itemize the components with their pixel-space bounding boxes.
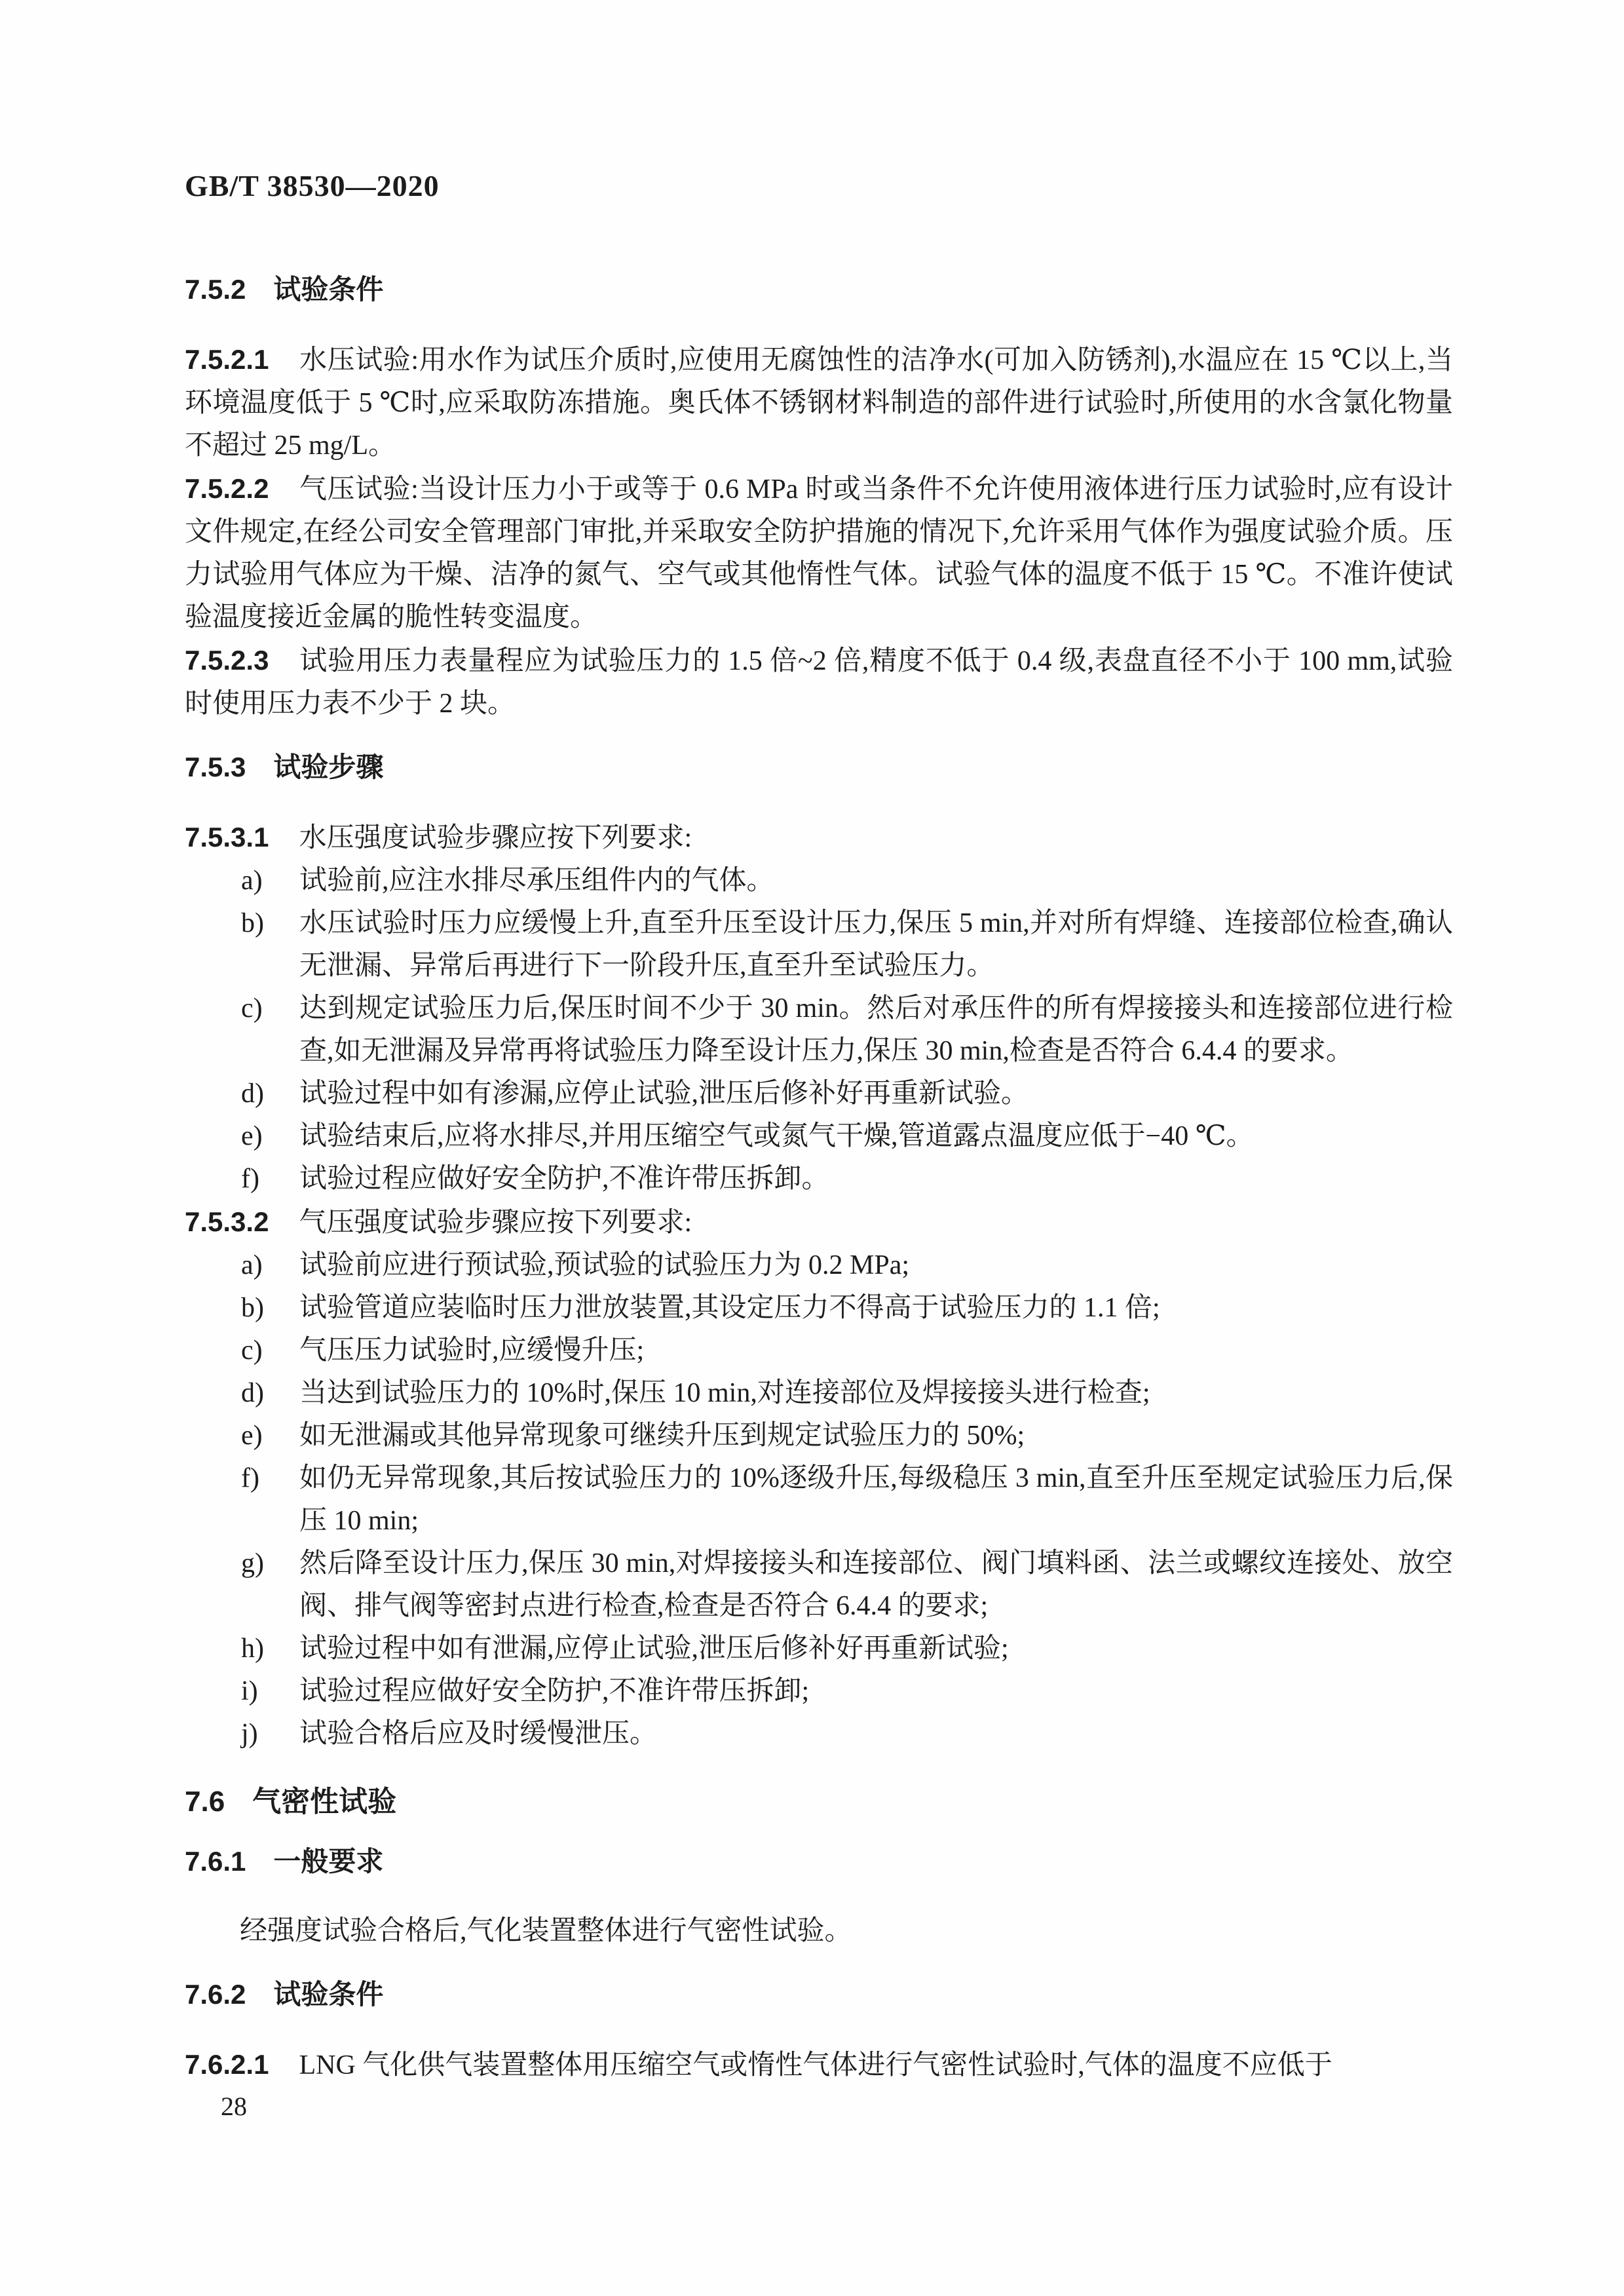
clause-text: 水压试验:用水作为试压介质时,应使用无腐蚀性的洁净水(可加入防锈剂),水温应在 … xyxy=(185,345,1453,461)
paragraph-7-6-1-body: 经强度试验合格后,气化装置整体进行气密性试验。 xyxy=(185,1910,1453,1953)
clause-number: 7.6.2.1 xyxy=(185,2049,269,2080)
list-item-text: 试验管道应装临时压力泄放装置,其设定压力不得高于试验压力的 1.1 倍; xyxy=(299,1287,1453,1330)
standard-number-header: GB/T 38530—2020 xyxy=(185,169,1453,203)
section-title: 一般要求 xyxy=(273,1846,383,1877)
list-item-text: 试验结束后,应将水排尽,并用压缩空气或氮气干燥,管道露点温度应低于−40 ℃。 xyxy=(299,1115,1453,1158)
list-item-marker: h) xyxy=(241,1628,299,1670)
paragraph-7-6-2-1: 7.6.2.1LNG 气化供气装置整体用压缩空气或惰性气体进行气密性试验时,气体… xyxy=(185,2043,1453,2087)
section-number: 7.5.3 xyxy=(185,750,246,784)
paragraph-7-5-2-2: 7.5.2.2气压试验:当设计压力小于或等于 0.6 MPa 时或当条件不允许使… xyxy=(185,467,1453,639)
list-item: b) 试验管道应装临时压力泄放装置,其设定压力不得高于试验压力的 1.1 倍; xyxy=(185,1287,1453,1330)
page-content: GB/T 38530—2020 7.5.2试验条件 7.5.2.1水压试验:用水… xyxy=(185,169,1453,2087)
list-item-text: 然后降至设计压力,保压 30 min,对焊接接头和连接部位、阀门填料函、法兰或螺… xyxy=(299,1542,1453,1628)
clause-number: 7.5.2.3 xyxy=(185,645,269,676)
section-title: 试验步骤 xyxy=(273,752,383,782)
list-item-text: 试验前应进行预试验,预试验的试验压力为 0.2 MPa; xyxy=(299,1244,1453,1287)
list-item: h) 试验过程中如有泄漏,应停止试验,泄压后修补好再重新试验; xyxy=(185,1628,1453,1670)
clause-text: LNG 气化供气装置整体用压缩空气或惰性气体进行气密性试验时,气体的温度不应低于 xyxy=(299,2050,1332,2080)
list-item-text: 如仍无异常现象,其后按试验压力的 10%逐级升压,每级稳压 3 min,直至升压… xyxy=(299,1457,1453,1542)
list-item: f) 如仍无异常现象,其后按试验压力的 10%逐级升压,每级稳压 3 min,直… xyxy=(185,1457,1453,1542)
section-heading-7-6-1: 7.6.1一般要求 xyxy=(185,1845,1453,1879)
list-item-marker: f) xyxy=(241,1158,299,1200)
list-item-marker: d) xyxy=(241,1372,299,1415)
list-item-text: 当达到试验压力的 10%时,保压 10 min,对连接部位及焊接接头进行检查; xyxy=(299,1372,1453,1415)
list-item-text: 试验合格后应及时缓慢泄压。 xyxy=(299,1713,1453,1755)
list-item-marker: c) xyxy=(241,987,299,1030)
list-item-text: 试验过程中如有渗漏,应停止试验,泄压后修补好再重新试验。 xyxy=(299,1073,1453,1115)
list-item-marker: d) xyxy=(241,1073,299,1115)
list-item-marker: b) xyxy=(241,1287,299,1330)
list-item: a) 试验前应进行预试验,预试验的试验压力为 0.2 MPa; xyxy=(185,1244,1453,1287)
paragraph-7-5-3-2: 7.5.3.2气压强度试验步骤应按下列要求: xyxy=(185,1200,1453,1244)
list-item-marker: a) xyxy=(241,1244,299,1287)
list-7-5-3-1: a) 试验前,应注水排尽承压组件内的气体。 b) 水压试验时压力应缓慢上升,直至… xyxy=(185,860,1453,1200)
list-item: d) 试验过程中如有渗漏,应停止试验,泄压后修补好再重新试验。 xyxy=(185,1073,1453,1115)
list-item: c) 达到规定试验压力后,保压时间不少于 30 min。然后对承压件的所有焊接接… xyxy=(185,987,1453,1073)
list-item: d) 当达到试验压力的 10%时,保压 10 min,对连接部位及焊接接头进行检… xyxy=(185,1372,1453,1415)
clause-text: 气压强度试验步骤应按下列要求: xyxy=(299,1208,692,1238)
section-number: 7.6 xyxy=(185,1784,225,1820)
list-item-marker: e) xyxy=(241,1115,299,1158)
list-item: e) 如无泄漏或其他异常现象可继续升压到规定试验压力的 50%; xyxy=(185,1415,1453,1457)
list-item-text: 试验过程应做好安全防护,不准许带压拆卸; xyxy=(299,1670,1453,1713)
list-item: j) 试验合格后应及时缓慢泄压。 xyxy=(185,1713,1453,1755)
section-number: 7.6.2 xyxy=(185,1978,246,2012)
list-item-marker: g) xyxy=(241,1542,299,1585)
list-item: a) 试验前,应注水排尽承压组件内的气体。 xyxy=(185,860,1453,902)
clause-text: 试验用压力表量程应为试验压力的 1.5 倍~2 倍,精度不低于 0.4 级,表盘… xyxy=(185,646,1453,719)
standard-number: GB/T 38530—2020 xyxy=(185,169,440,202)
clause-number: 7.5.3.1 xyxy=(185,822,269,852)
paragraph-7-5-2-3: 7.5.2.3试验用压力表量程应为试验压力的 1.5 倍~2 倍,精度不低于 0… xyxy=(185,639,1453,725)
list-item: b) 水压试验时压力应缓慢上升,直至升压至设计压力,保压 5 min,并对所有焊… xyxy=(185,902,1453,987)
page-number: 28 xyxy=(221,2092,247,2122)
clause-text: 水压强度试验步骤应按下列要求: xyxy=(299,823,692,853)
list-item: e) 试验结束后,应将水排尽,并用压缩空气或氮气干燥,管道露点温度应低于−40 … xyxy=(185,1115,1453,1158)
clause-number: 7.5.2.1 xyxy=(185,344,269,375)
list-item-text: 如无泄漏或其他异常现象可继续升压到规定试验压力的 50%; xyxy=(299,1415,1453,1457)
paragraph-7-5-3-1: 7.5.3.1水压强度试验步骤应按下列要求: xyxy=(185,816,1453,860)
clause-text: 经强度试验合格后,气化装置整体进行气密性试验。 xyxy=(240,1916,852,1946)
list-item-marker: j) xyxy=(241,1713,299,1755)
section-heading-7-6-2: 7.6.2试验条件 xyxy=(185,1978,1453,2012)
list-item: f) 试验过程应做好安全防护,不准许带压拆卸。 xyxy=(185,1158,1453,1200)
section-title: 试验条件 xyxy=(273,274,383,305)
list-item-text: 水压试验时压力应缓慢上升,直至升压至设计压力,保压 5 min,并对所有焊缝、连… xyxy=(299,902,1453,987)
section-title: 试验条件 xyxy=(273,1979,383,2010)
section-heading-7-6: 7.6气密性试验 xyxy=(185,1784,1453,1820)
list-item-marker: b) xyxy=(241,902,299,945)
list-item-marker: c) xyxy=(241,1330,299,1372)
list-item-text: 试验过程应做好安全防护,不准许带压拆卸。 xyxy=(299,1158,1453,1200)
list-item-marker: e) xyxy=(241,1415,299,1457)
list-item-text: 试验过程中如有泄漏,应停止试验,泄压后修补好再重新试验; xyxy=(299,1628,1453,1670)
section-heading-7-5-2: 7.5.2试验条件 xyxy=(185,273,1453,307)
clause-number: 7.5.3.2 xyxy=(185,1206,269,1237)
section-number: 7.5.2 xyxy=(185,273,246,307)
list-item: c) 气压压力试验时,应缓慢升压; xyxy=(185,1330,1453,1372)
list-item-marker: a) xyxy=(241,860,299,902)
list-item: g) 然后降至设计压力,保压 30 min,对焊接接头和连接部位、阀门填料函、法… xyxy=(185,1542,1453,1628)
section-heading-7-5-3: 7.5.3试验步骤 xyxy=(185,750,1453,784)
clause-text: 气压试验:当设计压力小于或等于 0.6 MPa 时或当条件不允许使用液体进行压力… xyxy=(185,474,1453,632)
clause-number: 7.5.2.2 xyxy=(185,473,269,504)
document-page: GB/T 38530—2020 7.5.2试验条件 7.5.2.1水压试验:用水… xyxy=(0,0,1624,2296)
paragraph-7-5-2-1: 7.5.2.1水压试验:用水作为试压介质时,应使用无腐蚀性的洁净水(可加入防锈剂… xyxy=(185,338,1453,467)
section-number: 7.6.1 xyxy=(185,1845,246,1879)
list-item-text: 气压压力试验时,应缓慢升压; xyxy=(299,1330,1453,1372)
list-item-marker: f) xyxy=(241,1457,299,1500)
list-item-marker: i) xyxy=(241,1670,299,1713)
list-item: i) 试验过程应做好安全防护,不准许带压拆卸; xyxy=(185,1670,1453,1713)
section-title: 气密性试验 xyxy=(252,1786,396,1818)
list-7-5-3-2: a) 试验前应进行预试验,预试验的试验压力为 0.2 MPa; b) 试验管道应… xyxy=(185,1244,1453,1755)
list-item-text: 试验前,应注水排尽承压组件内的气体。 xyxy=(299,860,1453,902)
list-item-text: 达到规定试验压力后,保压时间不少于 30 min。然后对承压件的所有焊接接头和连… xyxy=(299,987,1453,1073)
